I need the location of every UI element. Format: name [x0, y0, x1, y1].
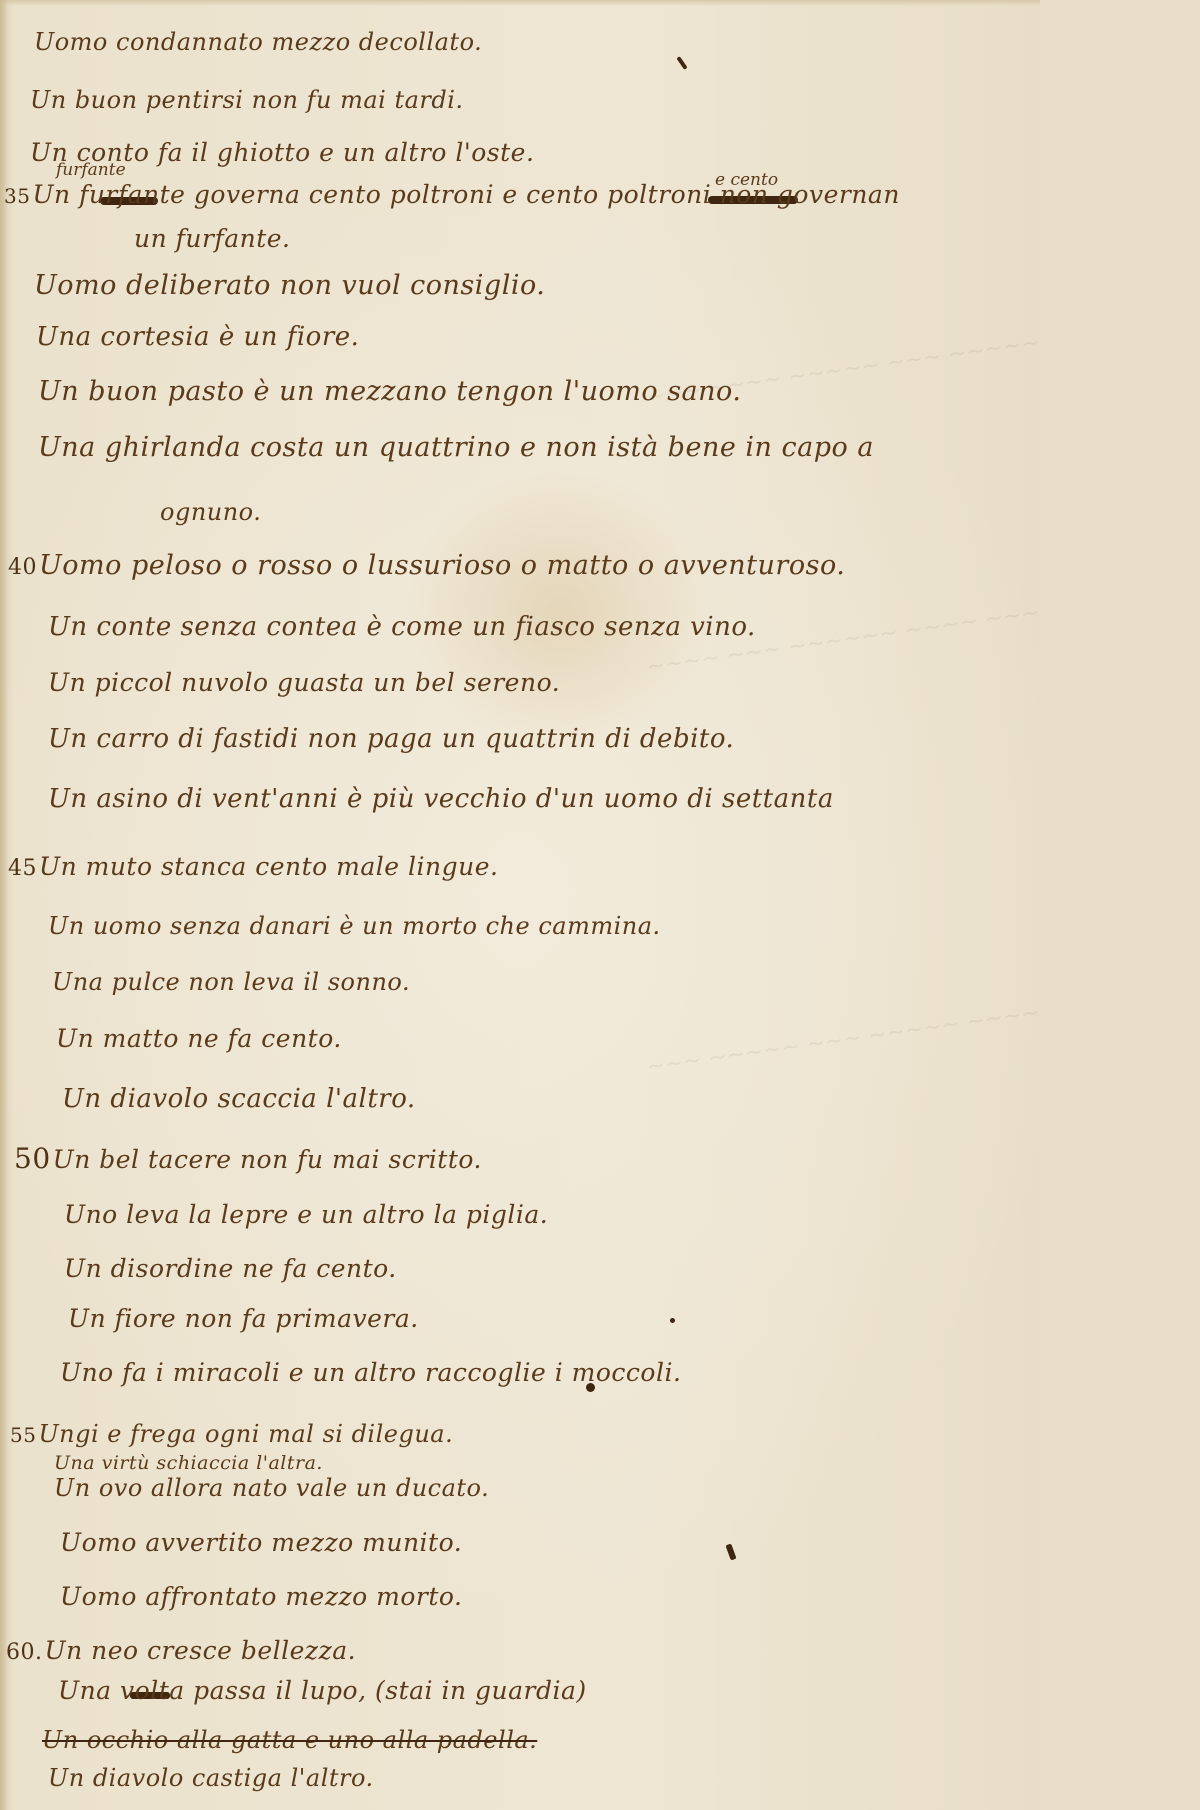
proverb-text: Un neo cresce bellezza. [45, 1636, 357, 1665]
proverb-text: Uomo peloso o rosso o lussurioso o matto… [39, 550, 845, 581]
bleed-through-text: ~~~ ~~~~~ ~~~ ~~~~~ ~~~~ [645, 1000, 1040, 1080]
proverb-line: Un conte senza contea è come un fiasco s… [46, 612, 756, 642]
proverb-text: Un diavolo scaccia l'altro. [62, 1084, 416, 1114]
proverb-text: Uomo deliberato non vuol consiglio. [34, 270, 545, 301]
proverb-text: Un occhio alla gatta e uno alla padella. [42, 1726, 537, 1754]
proverb-line: Uomo condannato mezzo decollato. [32, 28, 482, 56]
proverb-text: Un carro di fastidi non paga un quattrin… [48, 724, 734, 754]
proverb-line: un furfante. [132, 224, 291, 253]
proverb-line: Uomo avvertito mezzo munito. [58, 1528, 462, 1557]
ink-mark [725, 1543, 736, 1560]
proverb-text: Un buon pasto è un mezzano tengon l'uomo… [38, 376, 741, 407]
proverb-line: Una virtù schiaccia l'altra. [52, 1452, 323, 1474]
proverb-text: Una virtù schiaccia l'altra. [54, 1452, 323, 1474]
proverb-line: ognuno. [158, 498, 261, 526]
proverb-line: 55Ungi e frega ogni mal si dilegua. [10, 1420, 453, 1448]
proverb-line: Un uomo senza danari è un morto che camm… [46, 912, 661, 940]
proverb-text: Un conte senza contea è come un fiasco s… [48, 612, 756, 642]
proverb-line: Un buon pentirsi non fu mai tardi. [28, 86, 464, 114]
proverb-text: Un ovo allora nato vale un ducato. [54, 1474, 489, 1502]
proverb-line: Un disordine ne fa cento. [62, 1254, 397, 1283]
proverb-line: Uomo deliberato non vuol consiglio. [32, 270, 545, 301]
interlinear-insertion: furfante [56, 160, 126, 180]
proverb-text: Un asino di vent'anni è più vecchio d'un… [48, 784, 834, 814]
proverb-line: 35Un furfante governa cento poltroni e c… [4, 180, 900, 209]
proverb-text: Uomo condannato mezzo decollato. [34, 28, 482, 56]
proverb-text: Un piccol nuvolo guasta un bel sereno. [48, 668, 560, 697]
paper-left-edge [0, 0, 8, 1810]
proverb-text: Un furfante governa cento poltroni e cen… [32, 180, 900, 209]
ink-mark [670, 1318, 675, 1323]
proverb-text: Una cortesia è un fiore. [36, 322, 359, 352]
proverb-text: Un fiore non fa primavera. [68, 1304, 419, 1333]
ink-mark [676, 56, 687, 70]
struck-proverb-line: Un occhio alla gatta e uno alla padella. [40, 1726, 537, 1754]
line-number: 55 [10, 1423, 36, 1447]
proverb-line: Uno leva la lepre e un altro la piglia. [62, 1200, 548, 1229]
proverb-text: Un diavolo castiga l'altro. [48, 1764, 374, 1792]
proverb-text: Un buon pentirsi non fu mai tardi. [30, 86, 464, 114]
line-number: 50 [14, 1142, 51, 1175]
proverb-line: Uomo affrontato mezzo morto. [58, 1582, 463, 1611]
proverb-text: Una pulce non leva il sonno. [52, 968, 410, 996]
proverb-line: Un diavolo scaccia l'altro. [60, 1084, 416, 1114]
proverb-line: 50Un bel tacere non fu mai scritto. [14, 1142, 482, 1175]
proverb-line: Un piccol nuvolo guasta un bel sereno. [46, 668, 560, 697]
manuscript-page: ~~~ ~~~~ ~~~~~ ~~~ ~~~~~ ~~~~ ~~~ ~~~~~~… [0, 0, 1040, 1810]
proverb-line: Una cortesia è un fiore. [34, 322, 359, 352]
proverb-line: Un buon pasto è un mezzano tengon l'uomo… [36, 376, 741, 407]
proverb-text: Uomo avvertito mezzo munito. [60, 1528, 462, 1557]
proverb-line: Una ghirlanda costa un quattrino e non i… [36, 432, 874, 463]
line-number: 60. [6, 1640, 43, 1665]
proverb-line: Un fiore non fa primavera. [66, 1304, 419, 1333]
proverb-text: Una ghirlanda costa un quattrino e non i… [38, 432, 874, 463]
proverb-text: Un disordine ne fa cento. [64, 1254, 397, 1283]
line-number: 40 [8, 555, 37, 580]
ink-blot [586, 1383, 595, 1392]
proverb-line: Un diavolo castiga l'altro. [46, 1764, 374, 1792]
proverb-line: Un ovo allora nato vale un ducato. [52, 1474, 489, 1502]
proverb-text: Ungi e frega ogni mal si dilegua. [38, 1420, 453, 1448]
proverb-line: Un asino di vent'anni è più vecchio d'un… [46, 784, 834, 814]
proverb-text: Un bel tacere non fu mai scritto. [53, 1145, 482, 1174]
line-number: 45 [8, 856, 37, 881]
line-number: 35 [4, 184, 30, 208]
proverb-text: Uomo affrontato mezzo morto. [60, 1582, 463, 1611]
proverb-line: Un matto ne fa cento. [54, 1024, 342, 1053]
proverb-text: un furfante. [134, 224, 291, 253]
proverb-line: 60.Un neo cresce bellezza. [6, 1636, 356, 1665]
proverb-text: ognuno. [160, 498, 261, 526]
proverb-line: 40Uomo peloso o rosso o lussurioso o mat… [8, 550, 845, 581]
proverb-line: Una pulce non leva il sonno. [50, 968, 410, 996]
proverb-text: Un uomo senza danari è un morto che camm… [48, 912, 661, 940]
proverb-line: 45Un muto stanca cento male lingue. [8, 852, 498, 881]
proverb-text: Un matto ne fa cento. [56, 1024, 342, 1053]
proverb-text: Uno leva la lepre e un altro la piglia. [64, 1200, 548, 1229]
proverb-text: Una volta passa il lupo, (stai in guardi… [58, 1676, 587, 1705]
paper-top-edge [0, 0, 1040, 6]
proverb-line: Una volta passa il lupo, (stai in guardi… [56, 1676, 587, 1705]
proverb-text: Un muto stanca cento male lingue. [39, 852, 498, 881]
proverb-line: Un carro di fastidi non paga un quattrin… [46, 724, 734, 754]
